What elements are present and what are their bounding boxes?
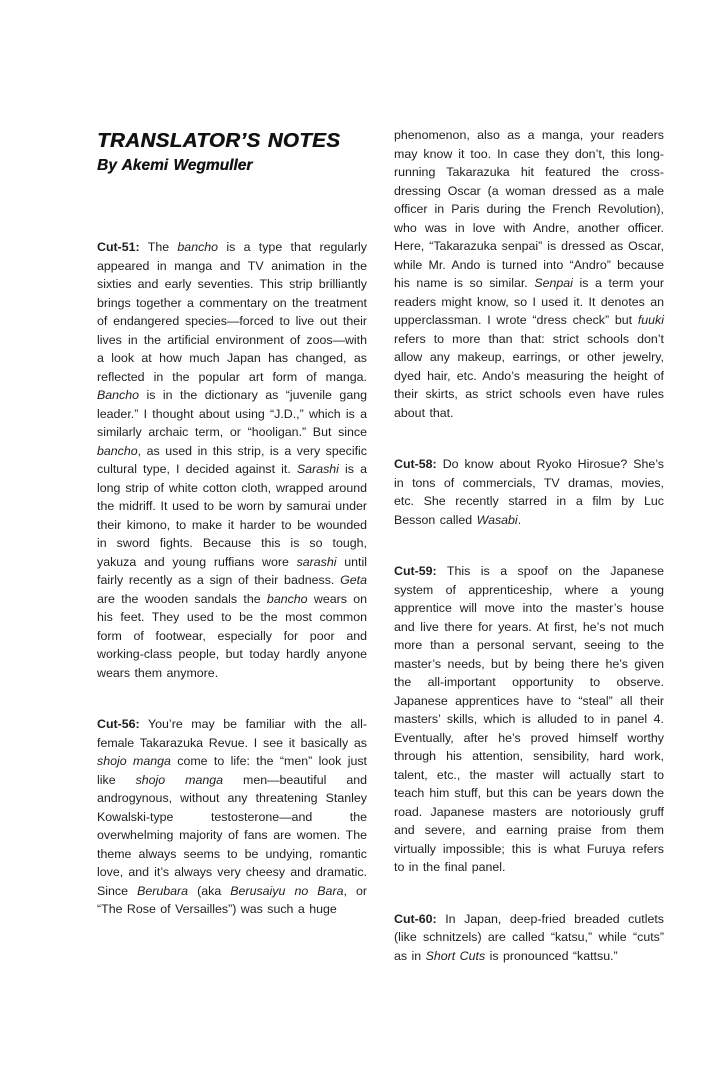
italic-text: Berusaiyu no Bara — [230, 884, 343, 898]
italic-text: bancho — [267, 592, 308, 606]
italic-text: Wasabi — [477, 513, 518, 527]
text: are the wooden sandals the — [97, 592, 267, 606]
left-column: TRANSLATOR’S NOTES By Akemi Wegmuller Cu… — [97, 126, 367, 919]
text: is pronounced “kattsu.” — [485, 949, 617, 963]
italic-text: Short Cuts — [426, 949, 486, 963]
italic-text: bancho — [97, 444, 138, 458]
italic-text: Senpai — [534, 276, 573, 290]
italic-text: shojo manga — [136, 773, 223, 787]
bold-text: Cut-58: — [394, 457, 437, 471]
text: phenomenon, also as a manga, your reader… — [394, 128, 664, 290]
bold-text: Cut-56: — [97, 717, 140, 731]
text: This is a spoof on the Japanese system o… — [394, 564, 664, 874]
italic-text: Geta — [340, 573, 367, 587]
paragraph: Cut-60: In Japan, deep-fried breaded cut… — [394, 910, 664, 966]
bold-text: Cut-51: — [97, 240, 140, 254]
italic-text: Sarashi — [297, 462, 339, 476]
left-column-text: Cut-51: The bancho is a type that regula… — [97, 238, 367, 919]
text: is a type that regularly appeared in man… — [97, 240, 367, 384]
italic-text: sarashi — [297, 555, 337, 569]
paragraph: phenomenon, also as a manga, your reader… — [394, 126, 664, 422]
text: (aka — [188, 884, 230, 898]
text: men—beautiful and androgynous, without a… — [97, 773, 367, 898]
italic-text: Bancho — [97, 388, 139, 402]
page-title: TRANSLATOR’S NOTES — [97, 128, 367, 153]
italic-text: bancho — [177, 240, 218, 254]
translator-notes-page: TRANSLATOR’S NOTES By Akemi Wegmuller Cu… — [0, 0, 728, 1074]
text: The — [140, 240, 178, 254]
right-column-text: phenomenon, also as a manga, your reader… — [394, 126, 664, 965]
paragraph: Cut-51: The bancho is a type that regula… — [97, 238, 367, 682]
bold-text: Cut-60: — [394, 912, 437, 926]
byline: By Akemi Wegmuller — [97, 155, 367, 176]
paragraph: Cut-59: This is a spoof on the Japanese … — [394, 562, 664, 877]
italic-text: Berubara — [137, 884, 188, 898]
text: . — [518, 513, 521, 527]
bold-text: Cut-59: — [394, 564, 437, 578]
right-column: phenomenon, also as a manga, your reader… — [394, 126, 664, 965]
paragraph: Cut-58: Do know about Ryoko Hirosue? She… — [394, 455, 664, 529]
text: refers to more than that: strict schools… — [394, 332, 664, 420]
paragraph: Cut-56: You’re may be familiar with the … — [97, 715, 367, 919]
text: is a long strip of white cotton cloth, w… — [97, 462, 367, 569]
italic-text: fuuki — [638, 313, 664, 327]
italic-text: shojo manga — [97, 754, 171, 768]
title-block: TRANSLATOR’S NOTES By Akemi Wegmuller — [97, 128, 367, 176]
